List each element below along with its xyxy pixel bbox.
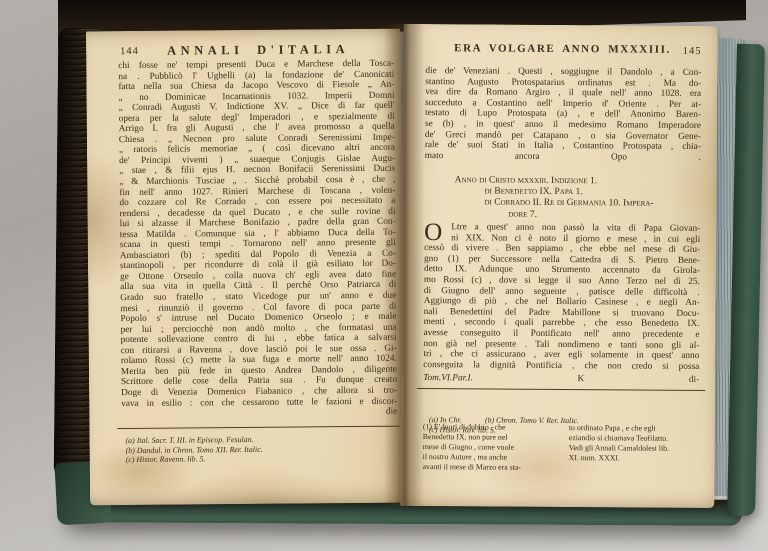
page-number: 145 — [683, 46, 702, 57]
photo-background: 144 ANNALI D'ITALIA chi fosse ne' tempi … — [0, 0, 768, 551]
text-line: conseguita la dignità Pontificia , che n… — [423, 360, 699, 373]
note-line: Benedetto IX. non pure nel — [423, 432, 559, 443]
left-body-text: chi fosse ne' tempi presenti Duca e Marc… — [118, 59, 397, 420]
note-line: il nostro Autore , ma anche — [423, 452, 559, 463]
body-lines: Ltre a quest' anno non passò la vita di … — [423, 222, 700, 372]
volume-signature: Tom.VI.Par.I. — [423, 373, 473, 383]
body-lines: die de' Veneziani . Questi , soggiugne i… — [425, 66, 702, 163]
anno-heading: Anno di Cristo mxxxiii. Indizione 1.di B… — [442, 174, 692, 221]
editor-note: (1) E' fuori di dubbio , cheBenedetto IX… — [423, 422, 705, 473]
gathering-signature: K — [578, 374, 585, 384]
signature-line: Tom.VI.Par.I. K di- — [423, 373, 699, 385]
footnote-lines: (a) Ital. Sacr. T. III. in Episcop. Fesu… — [125, 434, 393, 465]
right-intro-text: die de' Veneziani . Questi , soggiugne i… — [425, 66, 702, 163]
running-title: ANNALI D'ITALIA — [120, 42, 396, 59]
drop-cap: O — [424, 222, 442, 244]
body-lines: chi fosse ne' tempi presenti Duca e Marc… — [118, 59, 397, 409]
left-footnotes: (a) Ital. Sacr. T. III. in Episcop. Fesu… — [125, 434, 393, 465]
right-page: ERA VOLGARE ANNO MXXXIII. 145 die de' Ve… — [400, 24, 717, 508]
note-line: avanti il mese di Marzo era sta- — [423, 462, 559, 473]
footnote-line: (c) Histor. Ravenn. lib. 5. — [126, 453, 394, 465]
text-line: mato ancora Opo . — [425, 151, 701, 164]
note-line: Vedi gli Annali Camaldolesi lib. — [569, 443, 705, 454]
note-column-2: to ordinato Papa , e che eglieziandio si… — [569, 423, 705, 473]
left-page: 144 ANNALI D'ITALIA chi fosse ne' tempi … — [86, 29, 404, 506]
running-title: ERA VOLGARE ANNO MXXXIII. — [423, 42, 701, 56]
page-number: 144 — [120, 46, 139, 57]
left-page-header: 144 ANNALI D'ITALIA — [120, 42, 396, 59]
anno-line: di Corrado II. Re di Germania 10. Impera… — [484, 197, 692, 210]
footnote-rule — [117, 426, 399, 429]
note-column-1: (1) E' fuori di dubbio , cheBenedetto IX… — [423, 422, 559, 472]
note-line: XI. num. XXXI. — [569, 453, 705, 464]
catchword: di- — [689, 375, 699, 385]
note-line: mese di Giugno , come vuole — [423, 442, 559, 453]
main-paragraph: O Ltre a quest' anno non passò la vita d… — [423, 222, 700, 372]
anno-line: dore 7. — [508, 208, 692, 220]
anno-lines: Anno di Cristo mxxxiii. Indizione 1.di B… — [442, 174, 692, 221]
footnote-rule — [417, 388, 705, 391]
right-page-header: ERA VOLGARE ANNO MXXXIII. 145 — [423, 42, 701, 56]
